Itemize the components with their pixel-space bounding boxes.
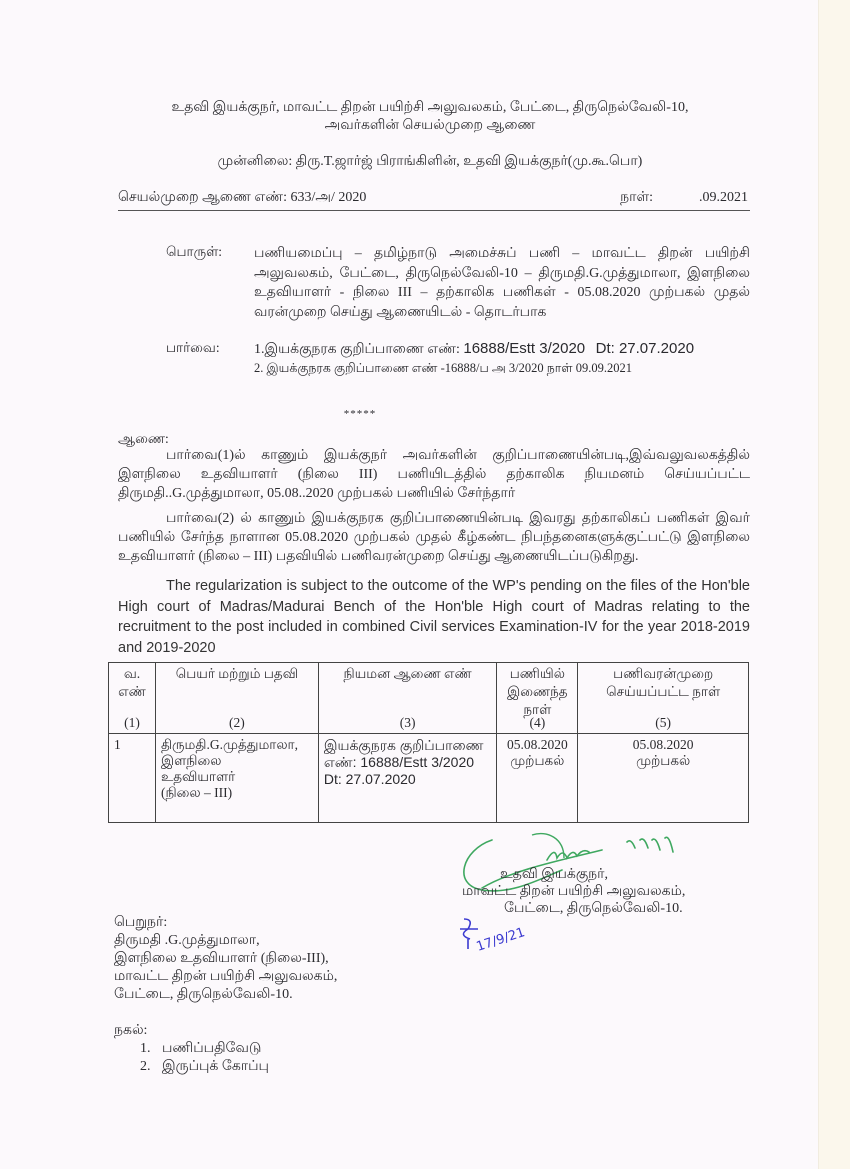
- presence-line: முன்னிலை: திரு.T.ஜார்ஜ் பிராங்கிளின், உத…: [120, 154, 740, 171]
- recipient-line: பேட்டை, திருநெல்வேலி-10.: [114, 986, 337, 1004]
- copy-number: 1.: [140, 1040, 162, 1058]
- header-num: (4): [497, 715, 577, 731]
- copy-number: 2.: [140, 1058, 162, 1076]
- separator-stars: *****: [340, 408, 380, 420]
- initials-handwritten-icon: 17/9/21: [456, 915, 526, 955]
- paragraph-1-text: பார்வை(1)ல் காணும் இயக்குநர் அவர்களின் க…: [118, 448, 750, 501]
- name-line: (நிலை – III): [161, 785, 313, 801]
- order-number-row: செயல்முறை ஆணை எண்: 633/அ/ 2020 நாள்:.09.…: [118, 190, 750, 211]
- regularized-session: முற்பகல்: [583, 753, 743, 771]
- table-row: 1 திருமதி.G.முத்துமாலா, இளநிலை உதவியாளர்…: [109, 734, 749, 823]
- reference-1-prefix: 1.இயக்குநரக குறிப்பாணை எண்:: [254, 342, 463, 357]
- header-label: பெயர் மற்றும் பதவி: [176, 666, 298, 681]
- proceedings-title: அவர்களின் செயல்முறை ஆணை: [120, 118, 740, 135]
- header-joined-date: பணியில் இணைந்த நாள்(4): [497, 663, 578, 734]
- header-appointment-order: நியமன ஆணை எண்(3): [318, 663, 497, 734]
- header-label: பணியில் இணைந்த நாள்: [507, 666, 568, 717]
- paragraph-2-text: பார்வை(2) ல் காணும் இயக்குநரக குறிப்பாணை…: [118, 511, 750, 564]
- subject-text: பணியமைப்பு – தமிழ்நாடு அமைச்சுப் பணி – ம…: [254, 244, 750, 322]
- page-edge: [818, 0, 850, 1169]
- header-label: நியமன ஆணை எண்: [344, 666, 472, 681]
- date-value: .09.2021: [699, 190, 748, 205]
- reference-1-number: 16888/Estt 3/2020: [463, 340, 585, 357]
- header-num: (5): [578, 715, 748, 731]
- header-num: (3): [319, 715, 497, 731]
- joined-date: 05.08.2020: [502, 737, 572, 753]
- regularization-table: வ. எண்(1) பெயர் மற்றும் பதவி(2) நியமன ஆண…: [108, 662, 749, 823]
- header-label: வ. எண்: [118, 666, 146, 699]
- cell-name: திருமதி.G.முத்துமாலா, இளநிலை உதவியாளர் (…: [155, 734, 318, 823]
- cell-regularized-date: 05.08.2020 முற்பகல்: [578, 734, 749, 823]
- subject-label: பொருள்:: [166, 244, 222, 262]
- order-number: செயல்முறை ஆணை எண்: 633/அ/ 2020: [118, 190, 366, 207]
- recipient-block: பெறுநர்: திருமதி .G.முத்துமாலா, இளநிலை உ…: [114, 914, 337, 1004]
- office-header: உதவி இயக்குநர், மாவட்ட திறன் பயிற்சி அலு…: [120, 100, 740, 117]
- reference-item-2: 2. இயக்குநரக குறிப்பாணை எண் -16888/ப அ 3…: [254, 361, 750, 377]
- header-num: (1): [109, 715, 155, 731]
- recipient-line: திருமதி .G.முத்துமாலா,: [114, 932, 337, 950]
- list-item: 2.இருப்புக் கோப்பு: [140, 1058, 269, 1076]
- copies-block: நகல்: 1.பணிப்பதிவேடு 2.இருப்புக் கோப்பு: [114, 1022, 269, 1076]
- svg-text:17/9/21: 17/9/21: [475, 925, 526, 955]
- paragraph-1: பார்வை(1)ல் காணும் இயக்குநர் அவர்களின் க…: [118, 446, 750, 503]
- paragraph-2: பார்வை(2) ல் காணும் இயக்குநரக குறிப்பாணை…: [118, 509, 750, 566]
- signatory-title: உதவி இயக்குநர்,: [462, 866, 702, 883]
- cell-appointment-order: இயக்குநரக குறிப்பாணை எண்: 16888/Estt 3/2…: [318, 734, 497, 823]
- recipient-line: இளநிலை உதவியாளர் (நிலை-III),: [114, 950, 337, 968]
- copies-list: 1.பணிப்பதிவேடு 2.இருப்புக் கோப்பு: [114, 1040, 269, 1076]
- regularized-date: 05.08.2020: [583, 737, 743, 753]
- joined-session: முற்பகல்: [502, 753, 572, 771]
- signatory-office: மாவட்ட திறன் பயிற்சி அலுவலகம்,: [462, 883, 702, 900]
- name-line: திருமதி.G.முத்துமாலா,: [161, 737, 313, 753]
- paragraph-3-text: The regularization is subject to the out…: [118, 578, 750, 656]
- recipient-line: மாவட்ட திறன் பயிற்சி அலுவலகம்,: [114, 968, 337, 986]
- copy-text: பணிப்பதிவேடு: [162, 1041, 261, 1056]
- recipient-label: பெறுநர்:: [114, 914, 337, 932]
- signatory-block: உதவி இயக்குநர், மாவட்ட திறன் பயிற்சி அலு…: [462, 866, 702, 917]
- header-label: பணிவரன்முறை செய்யப்பட்ட நாள்: [606, 666, 720, 699]
- header-serial: வ. எண்(1): [109, 663, 156, 734]
- order-date: நாள்:.09.2021: [574, 190, 748, 207]
- copy-text: இருப்புக் கோப்பு: [162, 1059, 269, 1074]
- list-item: 1.பணிப்பதிவேடு: [140, 1040, 269, 1058]
- order-line: எண்: 16888/Estt 3/2020: [324, 754, 492, 771]
- reference-label: பார்வை:: [166, 340, 220, 358]
- reference-1-date: Dt: 27.07.2020: [596, 340, 694, 357]
- header-name: பெயர் மற்றும் பதவி(2): [155, 663, 318, 734]
- order-line: இயக்குநரக குறிப்பாணை: [324, 737, 492, 754]
- cell-serial: 1: [109, 734, 156, 823]
- paragraph-3: The regularization is subject to the out…: [118, 576, 750, 658]
- table-header-row: வ. எண்(1) பெயர் மற்றும் பதவி(2) நியமன ஆண…: [109, 663, 749, 734]
- cell-joined-date: 05.08.2020 முற்பகல்: [497, 734, 578, 823]
- reference-item-1: 1.இயக்குநரக குறிப்பாணை எண்: 16888/Estt 3…: [254, 340, 750, 359]
- header-num: (2): [156, 715, 318, 731]
- date-label: நாள்:: [620, 190, 653, 205]
- name-line: இளநிலை: [161, 753, 313, 769]
- name-line: உதவியாளர்: [161, 769, 313, 785]
- copies-label: நகல்:: [114, 1022, 269, 1040]
- header-regularized-date: பணிவரன்முறை செய்யப்பட்ட நாள்(5): [578, 663, 749, 734]
- order-line: Dt: 27.07.2020: [324, 771, 492, 788]
